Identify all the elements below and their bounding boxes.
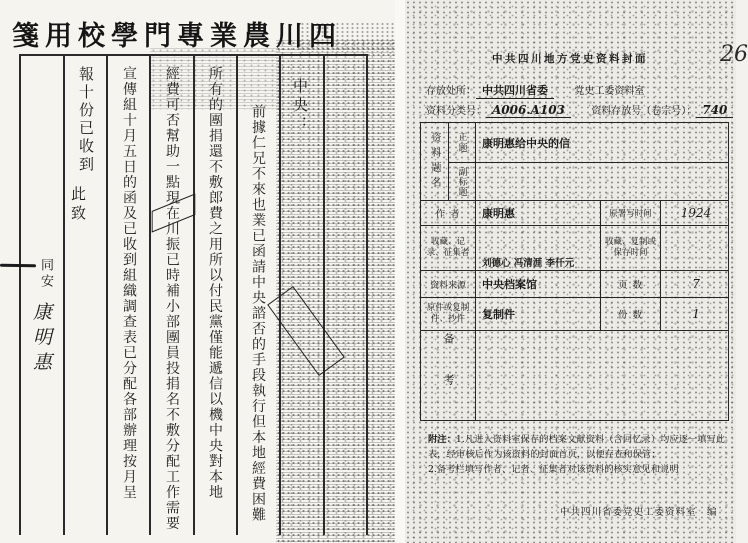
table-row: 资料来源 中央档案馆 页 数 7 [421,271,729,298]
ruled-line [149,54,151,535]
author-value: 康明惠 [476,201,601,226]
page-number: 26 [720,42,748,67]
letter-column: 經費可否幫助一點現在川振已時補小部團員投捐名不敷分配工作需要 [164,66,180,531]
remarks-label-cell: 备考 [421,331,476,421]
classification-line: 资料分类号：A006.A103 资料存放号（卷宗号）：740 [426,102,733,118]
remarks-value [476,331,729,421]
storage-location-label: 存放处所： [426,86,476,97]
page-fold [395,0,405,543]
classification-label: 资料分类号： [426,106,486,117]
form-title: 中共四川地方党史资料封面 [492,51,648,66]
letter-signature: 康明惠 [33,302,49,377]
letter-column: 宣傳組十月五日的函及已收到組織調查表已分配各部辦理按月呈 [121,66,137,500]
storage-location-line: 存放处所：中共四川省委 党史工委资料室 [426,82,644,99]
collectors-value: 刘德心 冯清涯 李仟元 [476,226,601,271]
classification-value: A006.A103 [486,103,571,118]
ruled-line [236,54,238,535]
main-title-value: 康明惠给中央的信 [476,123,729,163]
letter-closing-greeting: 同安 [37,258,53,290]
table-row: 资料题名 正题 康明惠给中央的信 [421,123,729,163]
archive-no-label: 资料存放号（卷宗号）： [591,106,696,117]
note-item: 2.备考栏填写作者、记者、征集者对该资料的核实意见和说明 [428,464,679,475]
copy-type-value: 复制件 [476,298,601,331]
form-notes: 附注：1.凡进入资料室保存的档案文献资料（含回忆录）均应逐一填写此表，经审核后作… [428,432,728,477]
ruled-line [323,54,325,535]
table-row: 作 者 康明惠 原署写时间 1924 [421,201,729,226]
collect-time-value [661,226,729,271]
title-label: 资料题名 [421,123,449,201]
source-value: 中央档案馆 [476,271,601,298]
table-row: 备考 [421,331,729,421]
copy-type-label: 原件或复制件、抄件 [421,298,476,331]
page-edge [736,0,748,543]
letter-column: 所有的團捐還不敷郎費之用所以付民黨僅能遞信以機中央對本地 [207,66,223,500]
archive-no-value: 740 [696,103,733,118]
table-row: 原件或复制件、抄件 复制件 份 数 1 [421,298,729,331]
source-label: 资料来源 [421,271,476,298]
remarks-label: 备考 [440,333,456,415]
ruled-line [366,54,368,535]
letter-column: 前據仁兄不來也業已函請中央諮否的手段執行但本地經費困難 [250,104,266,523]
cover-form-table: 资料题名 正题 康明惠给中央的信 副标题 作 者 康明惠 原署写时间 1924 … [420,122,729,421]
table-row: 副标题 [421,163,729,201]
note-item: 1.凡进入资料室保存的档案文献资料（含回忆录）均应逐一填写此表，经审核后作为该资… [428,434,725,460]
ruled-line [106,54,108,535]
copies-label: 份 数 [601,298,661,331]
ruled-line [63,54,65,535]
storage-location-suffix: 党史工委资料室 [574,86,644,97]
subtitle-label: 副标题 [449,163,476,201]
table-row: 收藏、记录、征集者 刘德心 冯清涯 李仟元 收藏、复制或保存时间 [421,226,729,271]
notes-label: 附注： [428,434,456,445]
letter-column: 報十份已收到 [78,66,94,174]
storage-location-value: 中共四川省委 [476,82,554,99]
copies-value: 1 [661,298,729,331]
collect-time-label: 收藏、复制或保存时间 [601,226,661,271]
pages-value: 7 [661,271,729,298]
pen-stroke [0,264,36,268]
date-value: 1924 [661,201,729,226]
form-publisher: 中共四川省委党史工委资料室 编 [560,504,718,518]
letter-salutation: 中央： [292,78,308,135]
ruled-line [19,54,21,535]
collectors-label: 收藏、记录、征集者 [421,226,476,271]
letterhead-title: 四川農業專門學校用箋 [12,14,342,53]
letter-closing: 此致 [70,186,86,224]
date-label: 原署写时间 [601,201,661,226]
pages-label: 页 数 [601,271,661,298]
main-title-label: 正题 [449,123,476,163]
subtitle-value [476,163,729,201]
author-label: 作 者 [421,201,476,226]
ruled-line [193,54,195,535]
